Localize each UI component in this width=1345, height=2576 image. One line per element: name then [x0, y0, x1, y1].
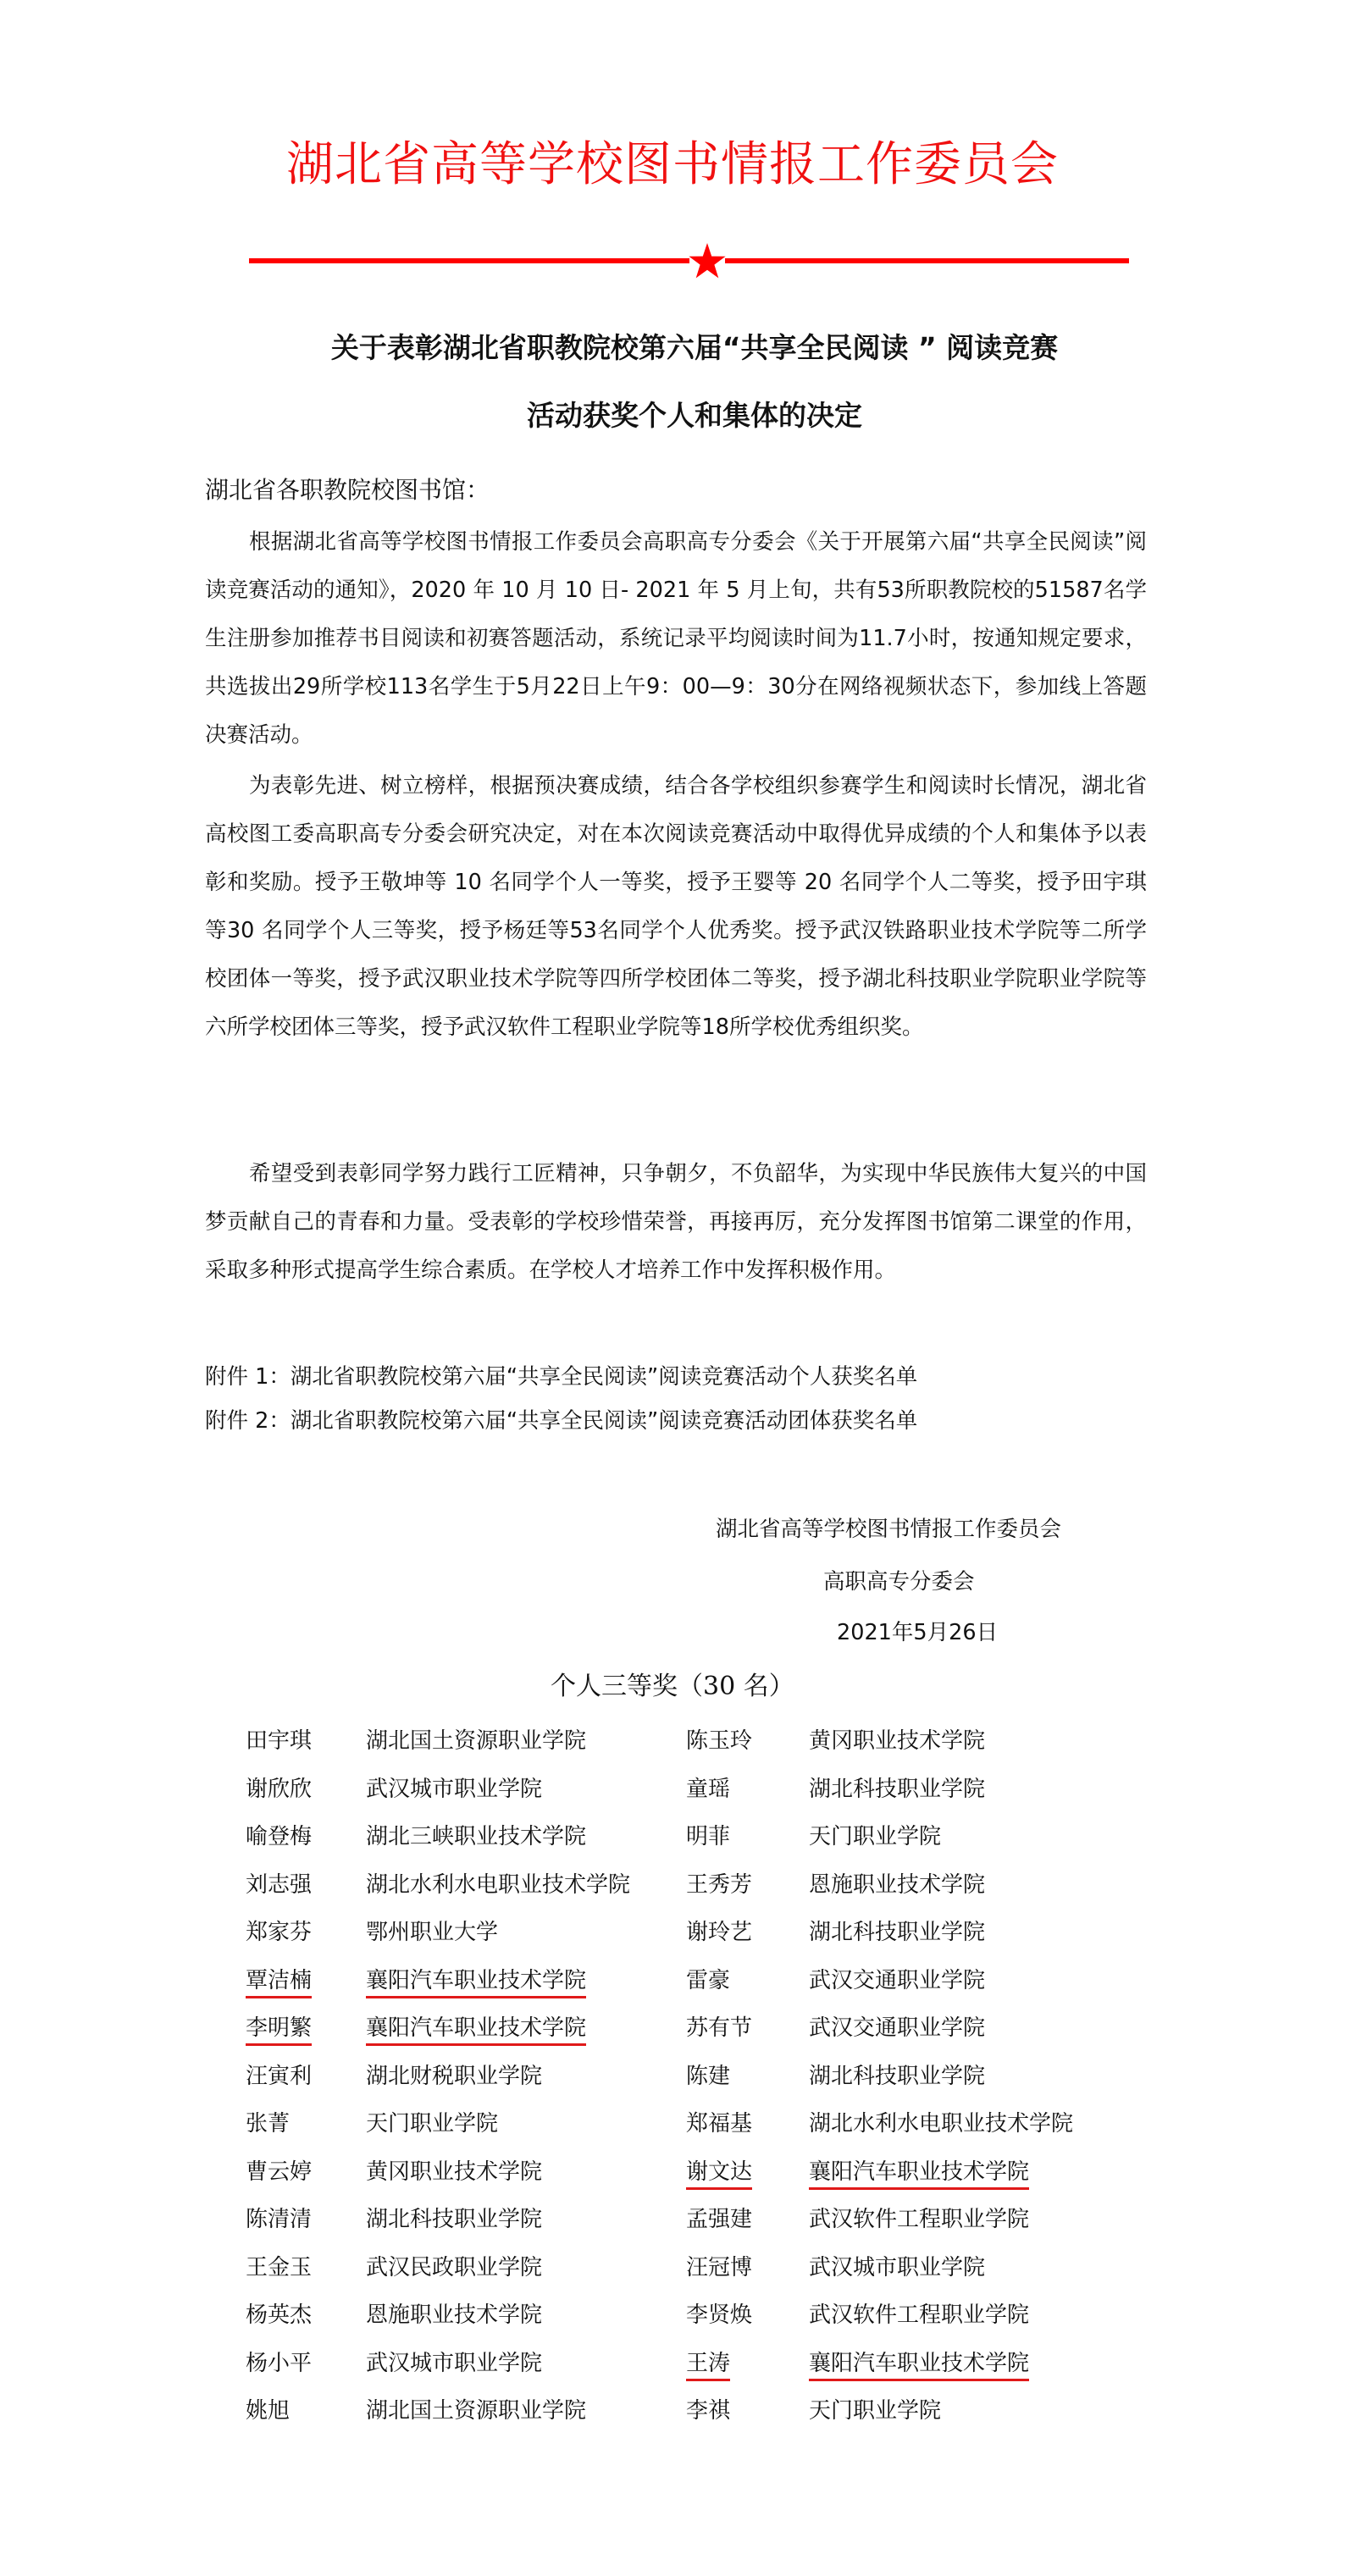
winner-name: 李明繁 — [246, 2010, 312, 2046]
winner-school: 襄阳汽车职业技术学院 — [366, 1963, 586, 1998]
winner-name: 田宇琪 — [246, 1723, 312, 1755]
winner-school: 武汉交通职业学院 — [809, 2010, 985, 2042]
attachment-1: 附件 1：湖北省职教院校第六届“共享全民阅读”阅读竞赛活动个人获奖名单 — [205, 1360, 917, 1390]
winner-name: 王秀芳 — [686, 1867, 752, 1899]
winner-name: 王金玉 — [246, 2250, 312, 2281]
winner-name: 孟强建 — [686, 2202, 752, 2233]
winner-school: 湖北国土资源职业学院 — [366, 1723, 586, 1755]
org-letterhead-title: 湖北省高等学校图书情报工作委员会 — [0, 127, 1345, 195]
salutation: 湖北省各职教院校图书馆： — [205, 472, 490, 506]
winner-name: 汪冠博 — [686, 2250, 752, 2281]
signature-date: 2021年5月26日 — [837, 1616, 998, 1646]
winner-name: 谢玲艺 — [686, 1915, 752, 1946]
winner-school: 黄冈职业技术学院 — [809, 1723, 985, 1755]
winner-school: 天门职业学院 — [809, 1819, 941, 1850]
winner-name: 杨小平 — [246, 2346, 312, 2377]
winner-school: 湖北三峡职业技术学院 — [366, 1819, 586, 1850]
winner-school: 武汉城市职业学院 — [366, 2346, 542, 2377]
winner-name: 喻登梅 — [246, 1819, 312, 1850]
winner-name: 陈玉玲 — [686, 1723, 752, 1755]
winner-school: 襄阳汽车职业技术学院 — [366, 2010, 586, 2046]
winner-name: 张菁 — [246, 2106, 290, 2137]
signature-sub-org: 高职高专分委会 — [823, 1565, 975, 1595]
attachment-2: 附件 2：湖北省职教院校第六届“共享全民阅读”阅读竞赛活动团体获奖名单 — [205, 1404, 917, 1434]
winner-school: 天门职业学院 — [809, 2393, 941, 2424]
winner-school: 湖北科技职业学院 — [809, 1915, 985, 1946]
document-title-line-1: 关于表彰湖北省职教院校第六届“共享全民阅读 ” 阅读竞赛 — [0, 326, 1345, 366]
winner-school: 恩施职业技术学院 — [809, 1867, 985, 1899]
winner-name: 李贤焕 — [686, 2297, 752, 2329]
winner-name: 王涛 — [686, 2346, 730, 2381]
document-title-line-2: 活动获奖个人和集体的决定 — [0, 394, 1345, 434]
winner-school: 湖北水利水电职业技术学院 — [809, 2106, 1073, 2137]
star-icon — [689, 243, 726, 279]
winner-school: 武汉城市职业学院 — [366, 1772, 542, 1803]
winner-name: 刘志强 — [246, 1867, 312, 1899]
body-paragraph-3: 希望受到表彰同学努力践行工匠精神，只争朝夕，不负韶华，为实现中华民族伟大复兴的中… — [205, 1150, 1147, 1295]
winner-school: 武汉软件工程职业学院 — [809, 2297, 1029, 2329]
winner-school: 湖北财税职业学院 — [366, 2059, 542, 2090]
winner-name: 童瑶 — [686, 1772, 730, 1803]
winner-school: 湖北科技职业学院 — [809, 1772, 985, 1803]
body-paragraph-2: 为表彰先进、树立榜样，根据预决赛成绩，结合各学校组织参赛学生和阅读时长情况，湖北… — [205, 762, 1147, 1052]
winner-name: 明菲 — [686, 1819, 730, 1850]
winner-school: 武汉城市职业学院 — [809, 2250, 985, 2281]
winner-name: 杨英杰 — [246, 2297, 312, 2329]
winner-name: 郑福基 — [686, 2106, 752, 2137]
winner-school: 武汉民政职业学院 — [366, 2250, 542, 2281]
winner-name: 陈清清 — [246, 2202, 312, 2233]
winner-school: 鄂州职业大学 — [366, 1915, 498, 1946]
letterhead-rule-left — [249, 258, 689, 263]
winner-name: 汪寅利 — [246, 2059, 312, 2090]
winner-name: 陈建 — [686, 2059, 730, 2090]
winner-school: 湖北科技职业学院 — [366, 2202, 542, 2233]
winner-school: 湖北科技职业学院 — [809, 2059, 985, 2090]
winner-school: 天门职业学院 — [366, 2106, 498, 2137]
award-list-title: 个人三等奖（30 名） — [551, 1665, 794, 1702]
winner-name: 谢欣欣 — [246, 1772, 312, 1803]
winner-name: 李祺 — [686, 2393, 730, 2424]
winner-school: 襄阳汽车职业技术学院 — [809, 2154, 1029, 2190]
winner-name: 郑家芬 — [246, 1915, 312, 1946]
winner-school: 襄阳汽车职业技术学院 — [809, 2346, 1029, 2381]
winner-school: 武汉软件工程职业学院 — [809, 2202, 1029, 2233]
winner-school: 湖北水利水电职业技术学院 — [366, 1867, 630, 1899]
winner-school: 武汉交通职业学院 — [809, 1963, 985, 1994]
winner-name: 谢文达 — [686, 2154, 752, 2190]
winner-school: 恩施职业技术学院 — [366, 2297, 542, 2329]
body-paragraph-1: 根据湖北省高等学校图书情报工作委员会高职高专分委会《关于开展第六届“共享全民阅读… — [205, 518, 1147, 760]
winner-name: 曹云婷 — [246, 2154, 312, 2186]
winner-name: 雷豪 — [686, 1963, 730, 1994]
winner-school: 湖北国土资源职业学院 — [366, 2393, 586, 2424]
signature-org: 湖北省高等学校图书情报工作委员会 — [716, 1512, 1061, 1543]
winner-name: 姚旭 — [246, 2393, 290, 2424]
winner-name: 覃洁楠 — [246, 1963, 312, 1998]
letterhead-rule-right — [725, 258, 1129, 263]
winner-name: 苏有节 — [686, 2010, 752, 2042]
winner-school: 黄冈职业技术学院 — [366, 2154, 542, 2186]
